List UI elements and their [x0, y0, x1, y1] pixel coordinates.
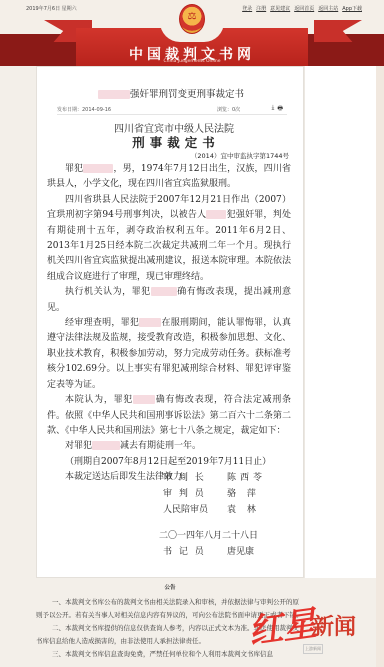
signature-clerk: 书 记 员唐见康 [163, 544, 254, 557]
paragraph: 四川省珙县人民法院于2007年12月21日作出（2007）宜珙刑初字第94号刑事… [47, 193, 291, 285]
login-link[interactable]: 登录 [242, 5, 252, 12]
view-count: 浏览：0次 [217, 106, 240, 113]
watermark-news: 新闻 [312, 610, 356, 641]
signature-judge: 审 判 员骆 萍 [163, 486, 260, 499]
paragraph: 本院认为，罪犯确有悔改表现，符合法定减刑条件。依照《中华人民共和国刑事诉讼法》第… [47, 393, 291, 439]
page-edge [376, 66, 384, 667]
document-panel: 强奸罪刑罚变更刑事裁定书 发布日期：2014-09-16 浏览：0次 ⤓ 🖶 四… [36, 66, 304, 578]
document-type: 刑事裁定书 [37, 133, 305, 151]
court-emblem-icon[interactable]: ⚖ [179, 4, 205, 34]
watermark-badge: 上游新闻 [303, 644, 323, 654]
side-panel [304, 66, 376, 578]
sentence-period: （刑期自2007年8月12日起至2019年7月11日止） [47, 455, 291, 470]
header-links: 登录 注册 意见建议 返回首页 返回主站 App下载 [242, 5, 362, 12]
register-link[interactable]: 注册 [256, 5, 266, 12]
notice-title: 公告 [36, 582, 304, 595]
header-date: 2019年7月6日 星期六 [26, 5, 77, 12]
notice-section: 公告 一、本裁判文书库公布的裁判文书由相关法院录入和审核，并依据法律与审判公开的… [36, 582, 304, 661]
site-subtitle: China Judgements Online [0, 59, 384, 64]
document-title: 强奸罪刑罚变更刑事裁定书 [37, 86, 305, 100]
paragraph: 执行机关认为，罪犯确有悔改表现，提出减刑意见。 [47, 285, 291, 316]
document-meta: 发布日期：2014-09-16 浏览：0次 ⤓ 🖶 [57, 105, 287, 115]
publish-date: 发布日期：2014-09-16 [57, 106, 111, 113]
home-link[interactable]: 返回首页 [294, 5, 314, 12]
site-header: 2019年7月6日 星期六 登录 注册 意见建议 返回首页 返回主站 App下载… [0, 0, 384, 66]
sign-date: 二〇一四年八月二十八日 [159, 528, 258, 541]
app-download-link[interactable]: App下载 [342, 5, 362, 12]
paragraph: 经审理查明，罪犯在服刑期间，能认罪悔罪，认真遵守法律法规及监规，接受教育改造，积… [47, 316, 291, 393]
signature-juror: 人民陪审员袁 林 [163, 502, 260, 515]
redacted-name [98, 90, 130, 99]
document-body: 罪犯，男，1974年7月12日出生，汉族，四川省珙县人，小学文化，现在四川省宜宾… [47, 162, 291, 486]
notice-item: 一、本裁判文书库公布的裁判文书由相关法院录入和审核，并依据法律与审判公开的原则予… [36, 596, 304, 622]
paragraph: 罪犯，男，1974年7月12日出生，汉族，四川省珙县人，小学文化，现在四川省宜宾… [47, 162, 291, 193]
signature-chief-judge: 审 判 长陈西苓 [163, 470, 266, 483]
notice-item: 三、本裁判文书库信息查询免费，严禁任何单位和个人利用本裁判文书库信息 [36, 648, 304, 661]
download-icon[interactable]: ⤓ [272, 104, 275, 114]
case-number: （2014）宜中审监执字第1744号 [191, 151, 289, 160]
ruling: 对罪犯减去有期徒刑一年。 [47, 439, 291, 454]
print-icon[interactable]: 🖶 [277, 104, 283, 114]
feedback-link[interactable]: 意见建议 [270, 5, 290, 12]
main-site-link[interactable]: 返回主站 [318, 5, 338, 12]
notice-item: 二、本裁判文书库提供的信息仅供查询人参考，内容以正式文本为准。非法使用裁判文书库… [36, 622, 304, 648]
